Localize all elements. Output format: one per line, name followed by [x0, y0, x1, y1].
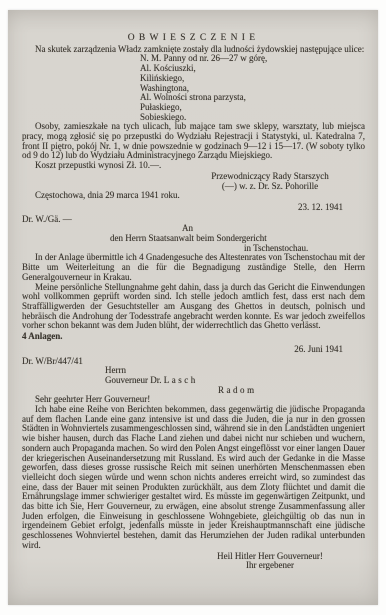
letter2-body: Ich habe eine Reihe von Berichten bekomm…: [22, 405, 365, 551]
letter1-addressee-line2: den Herrn Staatsanwalt beim Sondergerich…: [110, 234, 365, 244]
letter2-date: 26. Juni 1941: [22, 345, 365, 355]
announcement-document: OBWIESZCZENIE Na skutek zarządzenia Wład…: [22, 34, 365, 201]
letter1-addressee: An den Herrn Staatsanwalt beim Sonderger…: [22, 224, 365, 253]
letter1-date: 23. 12. 1941: [22, 203, 365, 213]
announcement-body: Osoby, zamieszkałe na tych ulicach, lub …: [22, 122, 365, 161]
announcement-fee-line: Koszt przepustki wynosi Zł. 10.—.: [22, 161, 365, 171]
signature-name: (—) w. z. Dr. Sz. Pohorille: [190, 182, 350, 192]
letter1-paragraph1: In der Anlage übermittle ich 4 Gnadenges…: [22, 253, 365, 282]
letter2-addressee-line3: Radom: [218, 386, 365, 396]
letter1-enclosures: 4 Anlagen.: [22, 332, 365, 342]
letter2-reference: Dr. W/Br/447/41: [22, 357, 365, 367]
addressee-prefix: Gouverneur Dr.: [105, 375, 161, 385]
street-list: N. M. Panny od nr. 26—27 w górę, Al. Koś…: [140, 54, 365, 122]
announcement-place-date: Częstochowa, dnia 29 marca 1941 roku.: [22, 191, 365, 201]
letter2-closing: Heil Hitler Herr Gouverneur! Ihr ergeben…: [170, 552, 370, 571]
letter-staatsanwalt: 23. 12. 1941 Dr. W./Gä. — An den Herrn S…: [22, 203, 365, 342]
letter1-paragraph2: Meine persönliche Stellungnahme geht dah…: [22, 283, 365, 332]
announcement-signature: Przewodniczący Rady Starszych (—) w. z. …: [190, 172, 350, 191]
letter-gouverneur: 26. Juni 1941 Dr. W/Br/447/41 Herrn Gouv…: [22, 345, 365, 571]
scan-paper: OBWIESZCZENIE Na skutek zarządzenia Wład…: [8, 10, 378, 605]
closing-line2: Ihr ergebener: [170, 561, 370, 571]
letter2-addressee: Herrn Gouverneur Dr. Lasch Radom: [22, 366, 365, 395]
scanned-book-page: OBWIESZCZENIE Na skutek zarządzenia Wład…: [0, 0, 386, 615]
letter1-reference: Dr. W./Gä. —: [22, 215, 365, 225]
announcement-title: OBWIESZCZENIE: [22, 34, 365, 44]
addressee-name: Lasch: [164, 375, 198, 385]
